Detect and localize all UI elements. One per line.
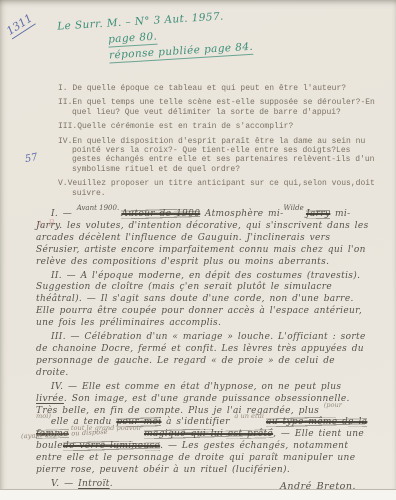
question-4: IV.En quelle disposition d'esprit paraît… xyxy=(58,137,376,175)
answer-5-title: V. — Introït. xyxy=(51,479,113,489)
text-segment: III. — Célébration d'un « mariage » louc… xyxy=(36,332,366,378)
signature: André Breton. xyxy=(265,481,356,493)
question-2-text: En quel temps une telle scène est-elle s… xyxy=(72,98,375,116)
text-segment: magique qui lui est prêté xyxy=(144,429,273,439)
question-4-numeral: IV. xyxy=(58,137,72,146)
text-segment: de verre lumineuse xyxy=(63,441,160,451)
question-5-text: Veuillez proposer un titre anticipant su… xyxy=(68,179,375,197)
question-3-numeral: III. xyxy=(58,122,77,131)
text-segment: V. — xyxy=(51,479,78,489)
question-2-numeral: II. xyxy=(58,98,72,107)
text-segment: I. — xyxy=(51,209,77,219)
text-segment: Atmosphère mi- xyxy=(200,209,283,219)
text-segment: . xyxy=(110,479,113,489)
question-1: I. De quelle époque ce tableau et qui pe… xyxy=(58,84,376,93)
question-1-text: De quelle époque ce tableau et qui peut … xyxy=(72,84,346,93)
question-5-numeral: V. xyxy=(58,179,68,188)
text-segment: Wilde xyxy=(284,204,306,212)
text-segment: livrée xyxy=(36,394,64,404)
answer-2: II. — A l'époque moderne, en dépit des c… xyxy=(36,271,372,331)
typed-questionnaire: I. De quelle époque ce tableau et qui pe… xyxy=(58,84,376,203)
text-segment: Introït xyxy=(78,479,110,489)
question-3: III.Quelle cérémonie est en train de s'a… xyxy=(58,122,376,131)
question-3-text: Quelle cérémonie est en train de s'accom… xyxy=(77,122,293,131)
text-segment: Autour de 1900 xyxy=(121,209,200,219)
text-segment: Avant 1900. xyxy=(77,204,122,212)
question-1-numeral: I. xyxy=(58,84,72,93)
answer-3: III. — Célébration d'un « mariage » louc… xyxy=(36,332,372,380)
manuscript-answers: I. — Avant 1900. Autour de 1900 Atmosphè… xyxy=(36,209,372,493)
text-segment: IV. — Elle est comme en état d'hypnose, … xyxy=(51,382,341,392)
answer-5: V. — Introït. André Breton. xyxy=(36,479,372,491)
text-segment: Jarry xyxy=(306,209,330,219)
text-segment: II. — A l'époque moderne, en dépit des c… xyxy=(36,271,362,329)
text-segment: . Son image, est d'une grande puissance … xyxy=(36,394,350,416)
question-4-text: En quelle disposition d'esprit paraît êt… xyxy=(72,137,374,174)
text-segment: à s'identifier xyxy=(161,417,234,427)
question-5: V.Veuillez proposer un titre anticipant … xyxy=(58,179,376,198)
text-segment: à un étui xyxy=(234,412,266,420)
question-2: II.En quel temps une telle scène est-ell… xyxy=(58,98,376,117)
answer-1: I. — Avant 1900. Autour de 1900 Atmosphè… xyxy=(36,209,372,269)
